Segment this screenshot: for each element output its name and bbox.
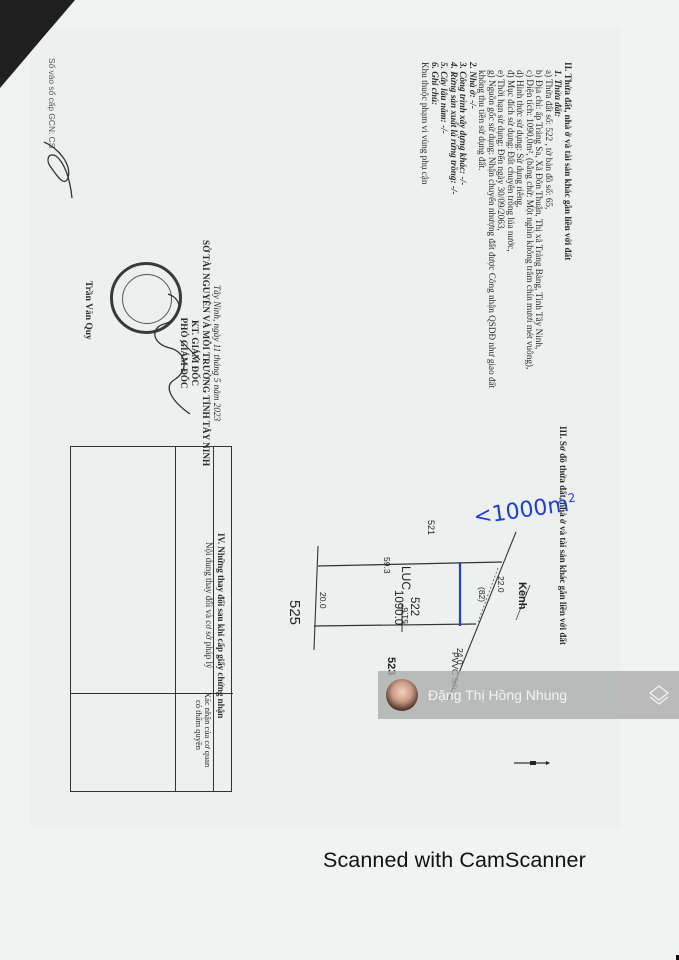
uploader-name: Đặng Thị Hồng Nhung	[428, 687, 567, 703]
notes-line: 6. Ghi chú:	[430, 62, 440, 388]
other-construction-line: 3. Công trình xây dựng khác: -/-	[458, 62, 468, 388]
camscanner-footer: Scanned with CamScanner	[323, 848, 586, 873]
parcel-number-line: a) Thửa đất số: 522 , tờ bản đồ số: 65,	[544, 62, 554, 388]
margin-signature	[38, 138, 78, 208]
land-type-code: LUC	[399, 566, 413, 590]
edge-length-left: 20.0	[318, 592, 328, 609]
section-3-heading: III. Sơ đồ thửa đất, nhà ở và tài sản kh…	[558, 426, 568, 645]
usage-form-line: d) Hình thức sử dụng: Sử dụng riêng,	[515, 62, 525, 388]
edge-length-bottom: 51.6	[400, 607, 410, 624]
address-line: b) Địa chỉ: ấp Trảng Sa, Xã Đôn Thuận, T…	[534, 62, 544, 388]
notes-content: Khu thuộc phạm vi vùng phụ cận	[420, 62, 430, 388]
layers-chevron-icon	[647, 683, 671, 707]
column-authority-confirm-1: Xác nhận của cơ quan	[203, 692, 213, 767]
usage-origin-line-2: không thu tiền sử dụng đất.	[477, 62, 487, 388]
uploader-avatar	[386, 679, 418, 711]
neighbor-parcel-521: 521	[426, 520, 436, 535]
edge-right-mid: (82)	[477, 587, 487, 602]
canal-label: Kênh	[516, 582, 528, 610]
area-line: c) Diện tích: 1090,0m², (bằng chữ: Một n…	[525, 62, 535, 388]
usage-term-line: e) Thời hạn sử dụng: Đến ngày 30/09/2063…	[496, 62, 506, 388]
gcn-register-note: Số vào sổ cấp GCN: CS	[47, 58, 57, 148]
section-2-heading: II. Thửa đất, nhà ở và tài sản khác gắn …	[563, 62, 573, 388]
north-arrow-icon	[514, 761, 550, 765]
usage-origin-line: g) Nguồn gốc sử dụng: Nhận chuyển nhượng…	[487, 62, 497, 388]
forest-line: 4. Rừng sản xuất là rừng trồng: -/-	[449, 62, 459, 388]
edge-length-top: 59.3	[382, 557, 392, 574]
section-4-heading: IV. Những thay đổi sau khi cấp giấy chứn…	[216, 533, 226, 718]
signer-name: Trần Văn Quy	[83, 281, 93, 340]
section-2-sub1: 1. Thửa đất:	[553, 62, 563, 388]
handwritten-signature	[140, 290, 210, 420]
column-authority-confirm-2: có thẩm quyền	[194, 700, 204, 750]
section-2-land-info: II. Thửa đất, nhà ở và tài sản khác gắn …	[420, 62, 572, 388]
column-change-content: Nội dung thay đổi và cơ sở pháp lý	[204, 542, 214, 669]
neighbor-parcel-525: 525	[286, 600, 303, 625]
usage-purpose-line: đ) Mục đích sử dụng: Đất chuyên trồng lú…	[506, 62, 516, 388]
house-line: 2. Nhà ở: -/-	[468, 62, 478, 388]
edge-length-right-top: 22.0	[496, 576, 506, 593]
uploader-watermark: Đặng Thị Hồng Nhung	[378, 671, 679, 719]
perennial-line: 5. Cây lâu năm: -/-	[439, 62, 449, 388]
sign-date: Tây Ninh, ngày 11 tháng 5 năm 2023	[211, 240, 222, 466]
